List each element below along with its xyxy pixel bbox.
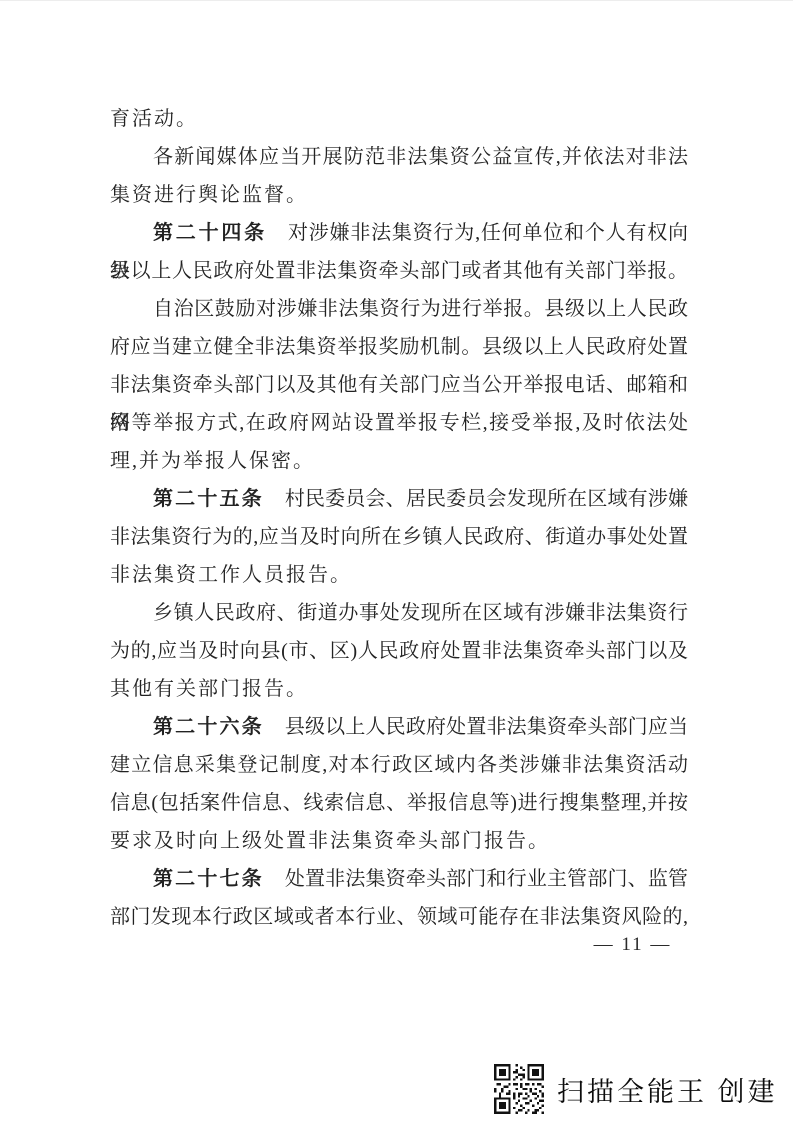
- page-number: — 11 —: [560, 934, 705, 956]
- text-line: 要求及时向上级处置非法集资牵头部门报告。: [110, 822, 688, 860]
- text-line: 级以上人民政府处置非法集资牵头部门或者其他有关部门举报。: [110, 252, 688, 290]
- qr-code-icon: [494, 1064, 544, 1114]
- watermark-label: 扫描全能王 创建: [557, 1070, 778, 1109]
- text-line: 第二十七条处置非法集资牵头部门和行业主管部门、监管: [110, 860, 688, 898]
- text-line: 第二十四条对涉嫌非法集资行为,任何单位和个人有权向县: [110, 214, 688, 252]
- text-line: 育活动。: [110, 100, 688, 138]
- text-line: 自治区鼓励对涉嫌非法集资行为进行举报。县级以上人民政: [110, 290, 688, 328]
- text-line: 集资进行舆论监督。: [110, 176, 688, 214]
- text-line: 络等举报方式,在政府网站设置举报专栏,接受举报,及时依法处: [110, 404, 688, 442]
- article-number: 第二十五条: [153, 488, 264, 510]
- text-line: 府应当建立健全非法集资举报奖励机制。县级以上人民政府处置: [110, 328, 688, 366]
- article-number: 第二十六条: [153, 716, 264, 738]
- text-line: 部门发现本行政区域或者本行业、领域可能存在非法集资风险的,: [110, 898, 688, 936]
- scanner-watermark: 扫描全能王 创建: [494, 1064, 778, 1114]
- text-line: 非法集资行为的,应当及时向所在乡镇人民政府、街道办事处处置: [110, 518, 688, 556]
- text-line: 第二十五条村民委员会、居民委员会发现所在区域有涉嫌: [110, 480, 688, 518]
- text-line: 非法集资牵头部门以及其他有关部门应当公开举报电话、邮箱和网: [110, 366, 688, 404]
- article-number: 第二十七条: [153, 868, 264, 890]
- text-line: 为的,应当及时向县(市、区)人民政府处置非法集资牵头部门以及: [110, 632, 688, 670]
- article-number: 第二十四条: [153, 222, 267, 244]
- text-block: 育活动。各新闻媒体应当开展防范非法集资公益宣传,并依法对非法集资进行舆论监督。第…: [110, 100, 688, 936]
- text-line: 非法集资工作人员报告。: [110, 556, 688, 594]
- text-line: 其他有关部门报告。: [110, 670, 688, 708]
- document-page: 育活动。各新闻媒体应当开展防范非法集资公益宣传,并依法对非法集资进行舆论监督。第…: [0, 0, 793, 1123]
- text-line: 理,并为举报人保密。: [110, 442, 688, 480]
- text-line: 建立信息采集登记制度,对本行政区域内各类涉嫌非法集资活动: [110, 746, 688, 784]
- text-line: 第二十六条县级以上人民政府处置非法集资牵头部门应当: [110, 708, 688, 746]
- text-line: 信息(包括案件信息、线索信息、举报信息等)进行搜集整理,并按: [110, 784, 688, 822]
- text-line: 各新闻媒体应当开展防范非法集资公益宣传,并依法对非法: [110, 138, 688, 176]
- text-line: 乡镇人民政府、街道办事处发现所在区域有涉嫌非法集资行: [110, 594, 688, 632]
